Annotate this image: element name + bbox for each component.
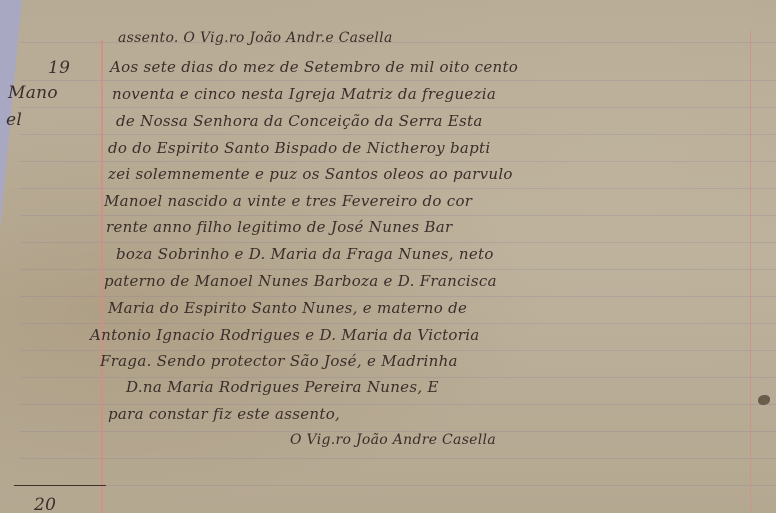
text-line-5: do do Espirito Santo Bispado de Nicthero…	[108, 139, 490, 157]
ruled-line	[20, 350, 776, 351]
ruled-line	[20, 215, 776, 216]
margin-name-line-2: el	[6, 110, 22, 130]
next-entry-number: 20	[34, 495, 56, 513]
margin-name-line-1: Mano	[8, 83, 58, 103]
ruled-line	[20, 458, 776, 459]
ruled-line	[20, 242, 776, 243]
text-line-11: Maria do Espirito Santo Nunes, e materno…	[108, 299, 467, 317]
text-line-2: Aos sete dias do mez de Setembro de mil …	[110, 58, 518, 76]
text-line-8: rente anno filho legitimo de José Nunes …	[106, 218, 452, 236]
entry-separator-line	[14, 485, 106, 486]
text-line-7: Manoel nascido a vinte e tres Fevereiro …	[104, 192, 472, 210]
signature-line: O Vig.ro João Andre Casella	[290, 432, 496, 448]
ruled-line	[20, 323, 776, 324]
ruled-line	[20, 269, 776, 270]
text-line-15: para constar fiz este assento,	[108, 405, 340, 423]
text-line-10: paterno de Manoel Nunes Barboza e D. Fra…	[104, 272, 497, 290]
text-line-9: boza Sobrinho e D. Maria da Fraga Nunes,…	[116, 245, 494, 263]
ruled-line	[20, 107, 776, 108]
ruled-line	[20, 188, 776, 189]
ruled-line	[20, 485, 776, 486]
ruled-line	[20, 134, 776, 135]
left-margin-rule	[101, 40, 103, 513]
entry-number: 19	[48, 58, 70, 78]
ruled-line	[20, 296, 776, 297]
text-line-13: Fraga. Sendo protector São José, e Madri…	[100, 352, 458, 370]
ruled-line	[20, 161, 776, 162]
text-line-3: noventa e cinco nesta Igreja Matriz da f…	[112, 85, 496, 103]
text-line-12: Antonio Ignacio Rodrigues e D. Maria da …	[90, 326, 480, 344]
text-line-6: zei solemnemente e puz os Santos oleos a…	[108, 165, 513, 183]
ink-blot	[758, 395, 770, 405]
text-line-4: de Nossa Senhora da Conceição da Serra E…	[116, 112, 483, 130]
manuscript-page: 19 Mano el 20 assento. O Vig.ro João And…	[0, 0, 776, 513]
ruled-line	[20, 80, 776, 81]
text-line-14: D.na Maria Rodrigues Pereira Nunes, E	[126, 378, 439, 396]
text-line-1: assento. O Vig.ro João Andr.e Casella	[118, 30, 393, 46]
right-margin-rule	[750, 30, 751, 513]
